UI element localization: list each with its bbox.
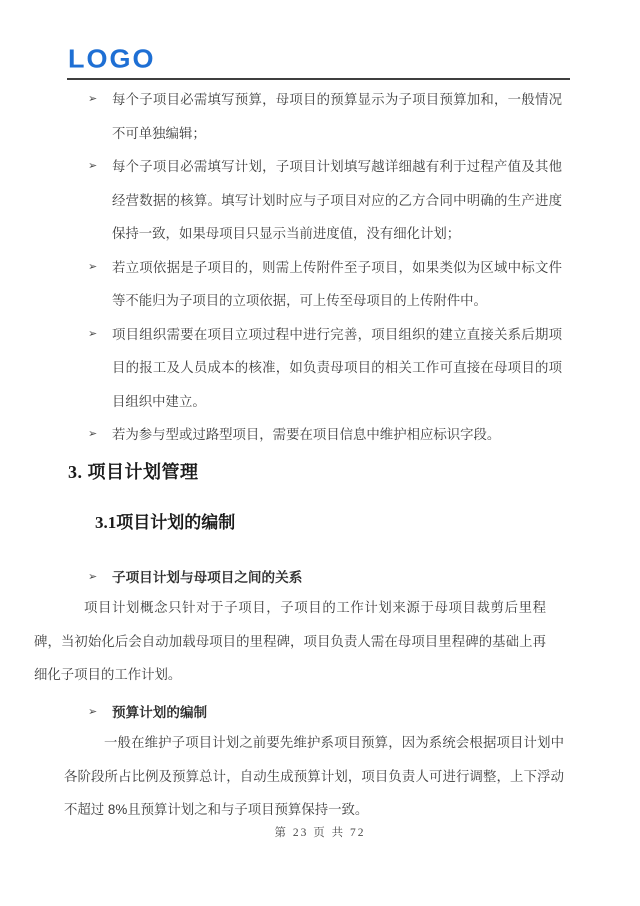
list-item-text: 每个子项目必需填写预算，母项目的预算显示为子项目预算加和，一般情况不可单独编辑； xyxy=(112,92,562,141)
list-item: ➢ 每个子项目必需填写预算，母项目的预算显示为子项目预算加和，一般情况不可单独编… xyxy=(112,83,562,150)
page-number-footer: 第 23 页 共 72 xyxy=(0,824,640,840)
bullet-arrow-icon: ➢ xyxy=(88,696,97,730)
subtopic-title-text: 子项目计划与母项目之间的关系 xyxy=(112,570,302,585)
header-divider xyxy=(67,78,570,80)
bullet-list: ➢ 每个子项目必需填写预算，母项目的预算显示为子项目预算加和，一般情况不可单独编… xyxy=(0,83,562,452)
bullet-arrow-icon: ➢ xyxy=(88,83,97,117)
subsection-heading: 3.1项目计划的编制 xyxy=(95,510,235,536)
company-logo: LOGO xyxy=(68,46,156,73)
bullet-arrow-icon: ➢ xyxy=(88,418,97,452)
bullet-arrow-icon: ➢ xyxy=(88,561,97,595)
list-item-text: 若为参与型或过路型项目，需要在项目信息中维护相应标识字段。 xyxy=(112,427,500,442)
list-item: ➢ 若为参与型或过路型项目，需要在项目信息中维护相应标识字段。 xyxy=(112,418,562,452)
list-item: ➢ 项目组织需要在项目立项过程中进行完善，项目组织的建立直接关系后期项目的报工及… xyxy=(112,318,562,419)
bullet-arrow-icon: ➢ xyxy=(88,251,97,285)
list-item-text: 若立项依据是子项目的，则需上传附件至子项目，如果类似为区域中标文件等不能归为子项… xyxy=(112,260,562,309)
list-item-text: 每个子项目必需填写计划，子项目计划填写越详细越有利于过程产值及其他经营数据的核算… xyxy=(112,159,562,241)
section-heading: 3. 项目计划管理 xyxy=(68,459,199,485)
list-item: ➢ 每个子项目必需填写计划，子项目计划填写越详细越有利于过程产值及其他经营数据的… xyxy=(112,150,562,251)
bullet-arrow-icon: ➢ xyxy=(88,318,97,352)
paragraph: 项目计划概念只针对于子项目，子项目的工作计划来源于母项目裁剪后里程碑，当初始化后… xyxy=(34,591,546,692)
paragraph: 一般在维护子项目计划之前要先维护系项目预算，因为系统会根据项目计划中各阶段所占比… xyxy=(64,726,564,827)
document-page: LOGO ➢ 每个子项目必需填写预算，母项目的预算显示为子项目预算加和，一般情况… xyxy=(0,0,640,906)
bullet-arrow-icon: ➢ xyxy=(88,150,97,184)
subtopic-title: ➢ 预算计划的编制 xyxy=(112,696,572,730)
list-item-text: 项目组织需要在项目立项过程中进行完善，项目组织的建立直接关系后期项目的报工及人员… xyxy=(112,327,562,409)
subtopic-title-text: 预算计划的编制 xyxy=(112,705,207,720)
list-item: ➢ 若立项依据是子项目的，则需上传附件至子项目，如果类似为区域中标文件等不能归为… xyxy=(112,251,562,318)
subtopic-title: ➢ 子项目计划与母项目之间的关系 xyxy=(112,561,572,595)
